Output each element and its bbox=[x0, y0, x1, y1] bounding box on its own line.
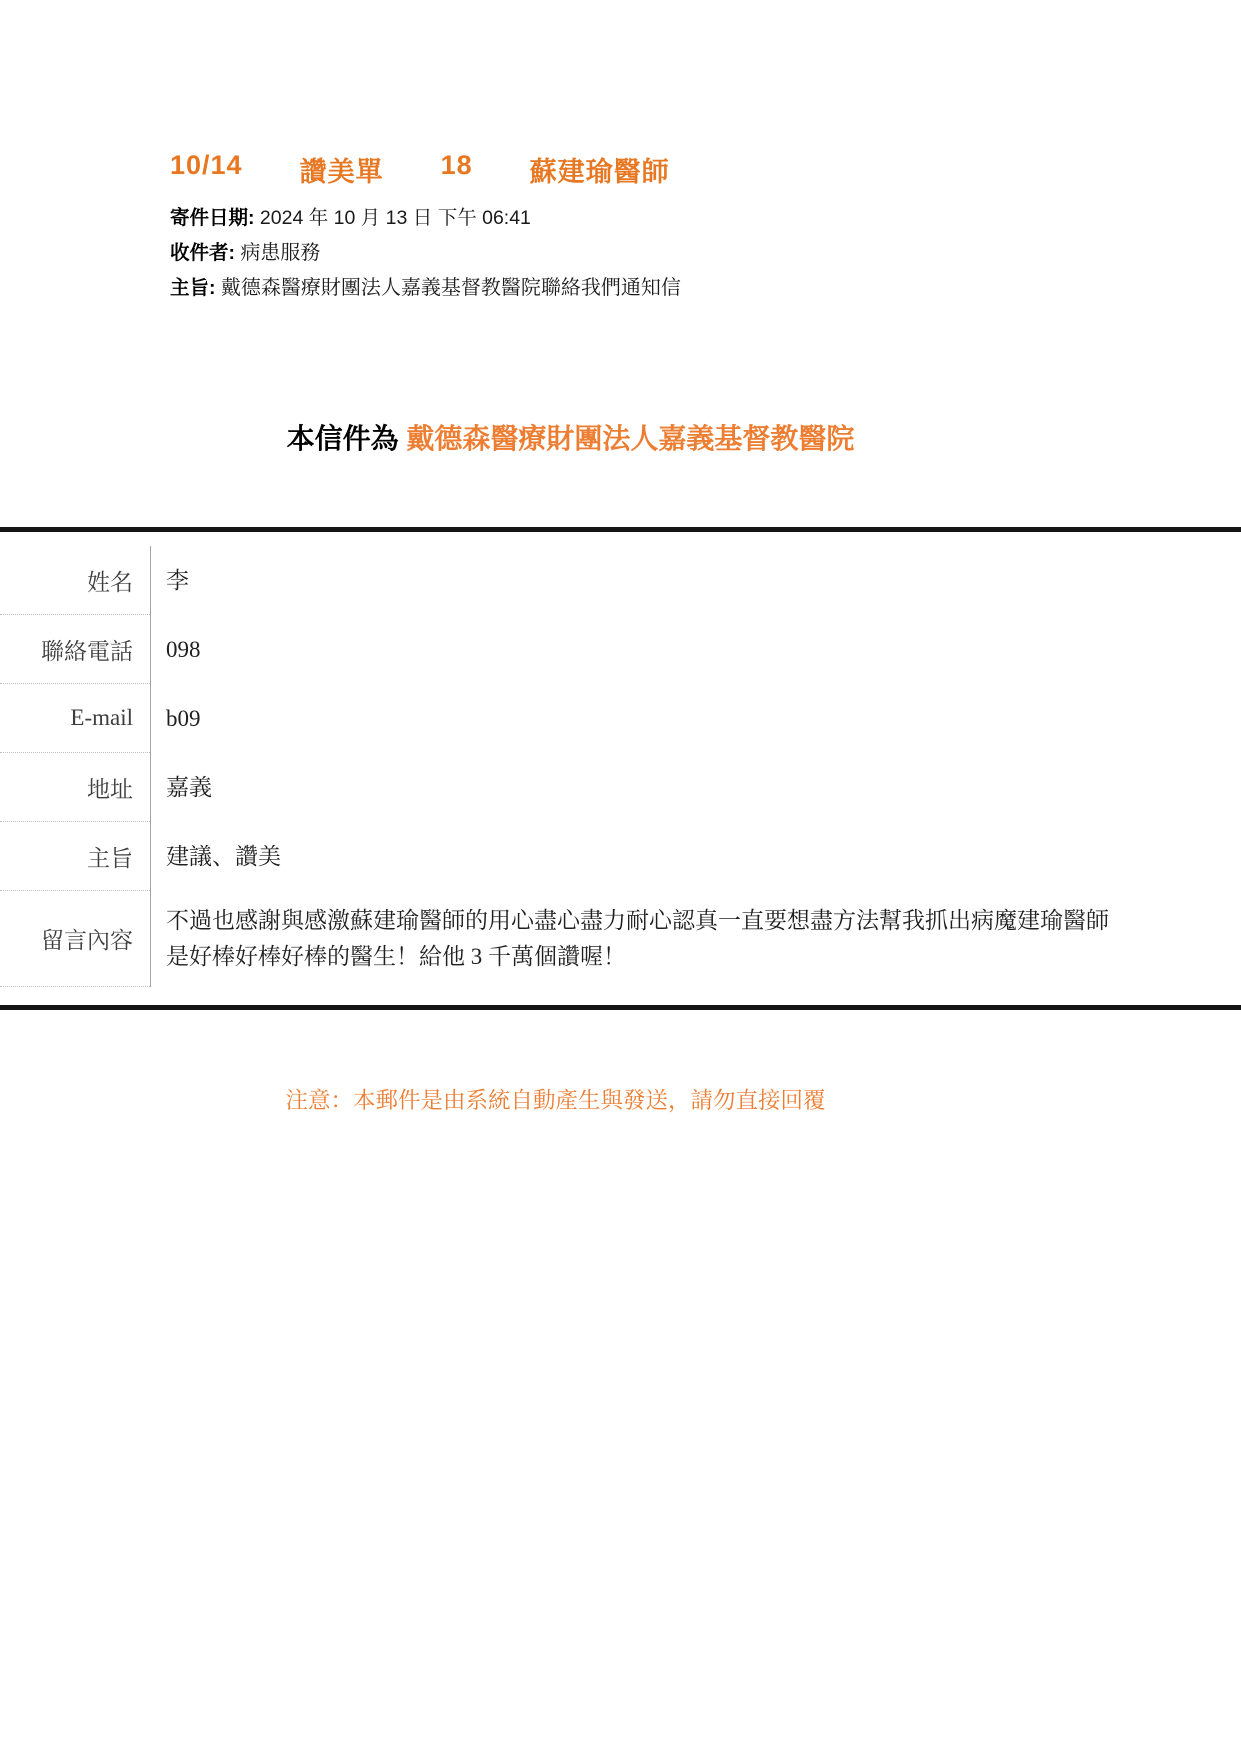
table-row-subject: 主旨 建議、讚美 bbox=[0, 822, 1241, 891]
document-header: 10/14 讚美單 18 蘇建瑜醫師 bbox=[170, 150, 670, 189]
table-row-phone: 聯絡電話 098 bbox=[0, 615, 1241, 684]
meta-recipient: 收件者: 病患服務 bbox=[170, 236, 681, 271]
page-title-prefix: 本信件為 bbox=[287, 423, 407, 454]
header-form-type: 讚美單 bbox=[300, 150, 384, 189]
meta-subject-value: 戴德森醫療財團法人嘉義基督教醫院聯絡我們通知信 bbox=[221, 277, 681, 299]
row-value: 098 bbox=[150, 615, 1241, 684]
meta-sent-date-label: 寄件日期: bbox=[170, 207, 255, 229]
email-document-page: 10/14 讚美單 18 蘇建瑜醫師 寄件日期: 2024 年 10 月 13 … bbox=[0, 0, 1241, 1755]
row-value: 李 bbox=[150, 546, 1241, 615]
meta-sent-date: 寄件日期: 2024 年 10 月 13 日 下午 06:41 bbox=[170, 201, 681, 236]
meta-subject-label: 主旨: bbox=[170, 277, 216, 299]
header-doctor-name: 蘇建瑜醫師 bbox=[530, 150, 670, 189]
row-label: 留言內容 bbox=[0, 891, 150, 987]
header-number: 18 bbox=[441, 150, 473, 189]
table-row-address: 地址 嘉義 bbox=[0, 753, 1241, 822]
row-value: 不過也感謝與感激蘇建瑜醫師的用心盡心盡力耐心認真一直要想盡方法幫我抓出病魔建瑜醫… bbox=[150, 891, 1241, 987]
meta-sent-date-value: 2024 年 10 月 13 日 下午 06:41 bbox=[260, 207, 531, 229]
meta-recipient-value: 病患服務 bbox=[240, 242, 320, 264]
row-value: 嘉義 bbox=[150, 753, 1241, 822]
page-title-hospital-name: 戴德森醫療財團法人嘉義基督教醫院 bbox=[406, 423, 854, 454]
email-meta-block: 寄件日期: 2024 年 10 月 13 日 下午 06:41 收件者: 病患服… bbox=[170, 201, 681, 306]
contact-form-table: 姓名 李 聯絡電話 098 E-mail b09 地址 嘉義 主旨 建議、讚美 … bbox=[0, 527, 1241, 1010]
row-label: E-mail bbox=[0, 684, 150, 753]
meta-subject: 主旨: 戴德森醫療財團法人嘉義基督教醫院聯絡我們通知信 bbox=[170, 271, 681, 306]
row-label: 姓名 bbox=[0, 546, 150, 615]
row-label: 主旨 bbox=[0, 822, 150, 891]
row-label: 聯絡電話 bbox=[0, 615, 150, 684]
table-row-name: 姓名 李 bbox=[0, 546, 1241, 615]
row-value: 建議、讚美 bbox=[150, 822, 1241, 891]
header-date: 10/14 bbox=[170, 150, 243, 189]
table-row-email: E-mail b09 bbox=[0, 684, 1241, 753]
page-title: 本信件為 戴德森醫療財團法人嘉義基督教醫院 bbox=[0, 417, 1141, 457]
meta-recipient-label: 收件者: bbox=[170, 242, 235, 264]
auto-reply-notice: 注意：本郵件是由系統自動產生與發送，請勿直接回覆 bbox=[0, 1083, 1111, 1115]
row-label: 地址 bbox=[0, 753, 150, 822]
table-row-message: 留言內容 不過也感謝與感激蘇建瑜醫師的用心盡心盡力耐心認真一直要想盡方法幫我抓出… bbox=[0, 891, 1241, 987]
row-value: b09 bbox=[150, 684, 1241, 753]
